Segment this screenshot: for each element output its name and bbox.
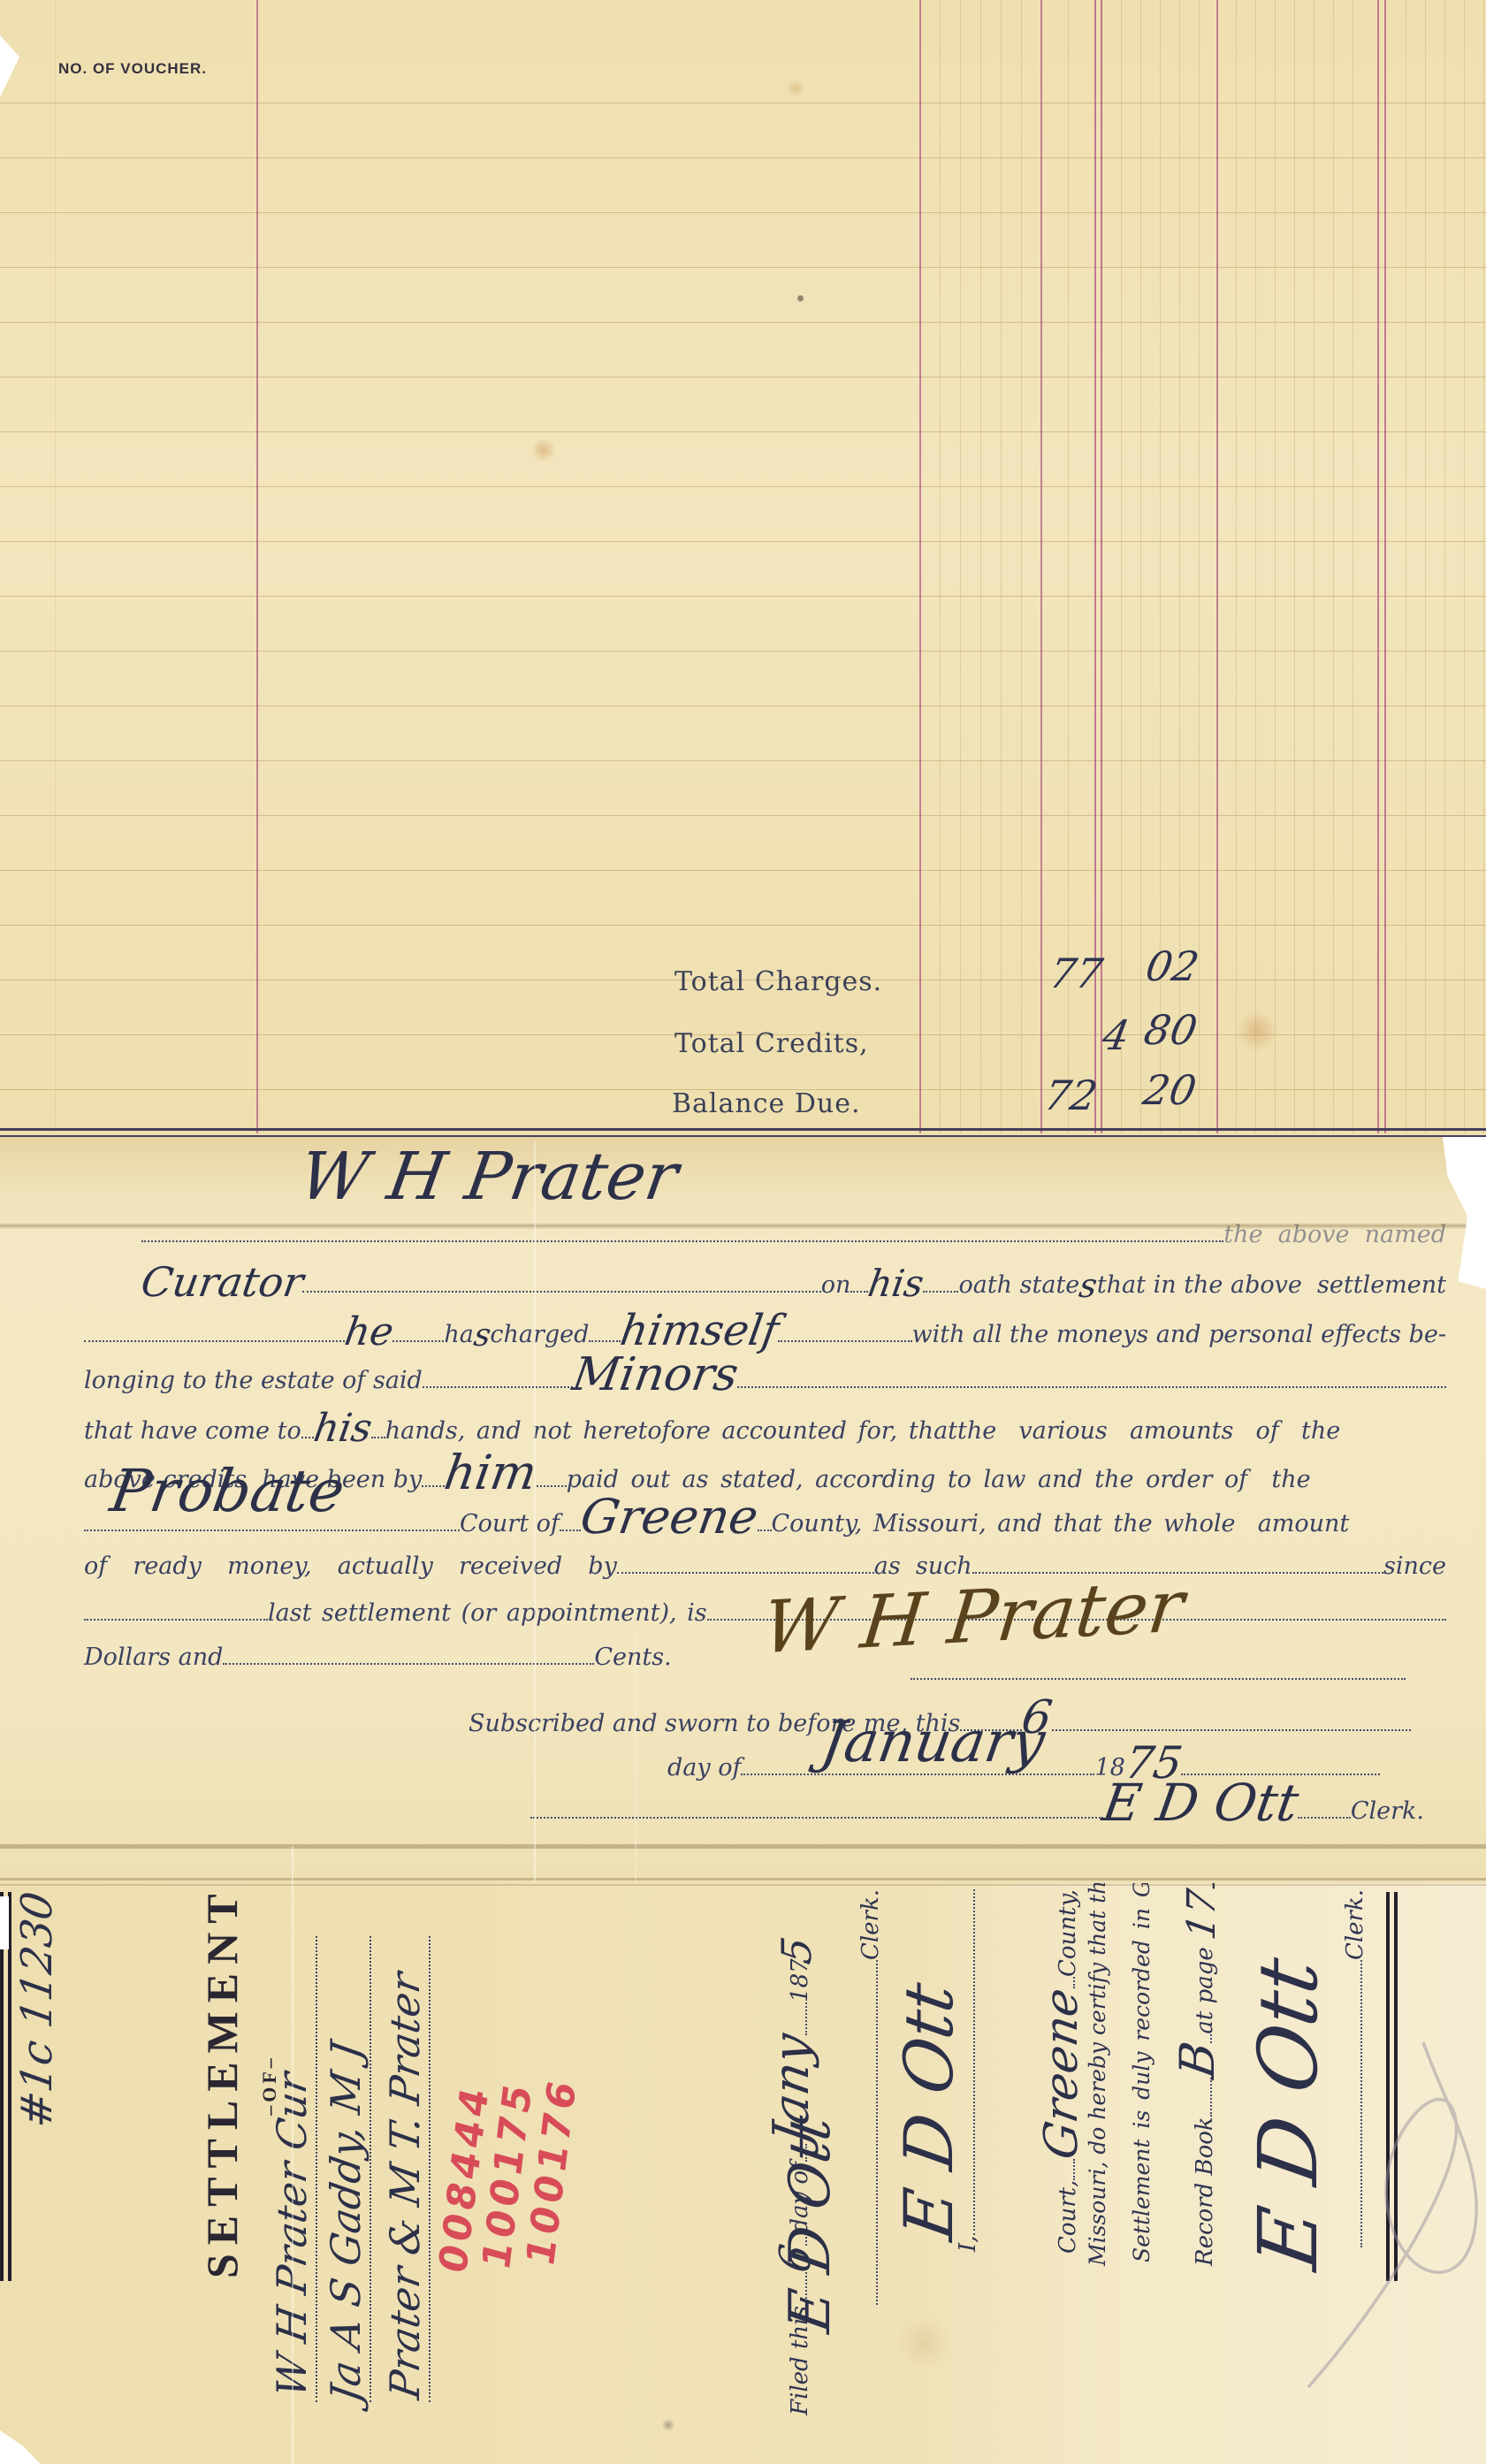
stain — [785, 80, 806, 97]
handwritten-name: Ja A S Gaddy, M J — [325, 2039, 370, 2406]
fold-crease — [0, 1878, 1486, 1880]
ledger-column-line — [960, 0, 961, 1133]
handwritten-year: 5 — [776, 1934, 820, 1967]
total-charges-dollars: 77 — [1046, 950, 1106, 997]
clerk-signature: E D Ott — [1099, 1777, 1302, 1832]
dotted-blank — [617, 1572, 874, 1574]
total-credits-dollars: 4 — [1099, 1011, 1133, 1059]
ledger-row-line — [0, 431, 1486, 432]
docket-double-rule — [0, 1892, 11, 2281]
ledger-column-line — [1353, 0, 1353, 1133]
handwritten-word: his — [310, 1409, 375, 1452]
handwritten-word: he — [341, 1313, 396, 1355]
dotted-blank — [737, 1386, 1446, 1388]
dotted-blank — [84, 1619, 268, 1621]
printed-text: Clerk. — [1351, 1799, 1424, 1832]
ledger-row-line — [0, 706, 1486, 706]
balance-due-dollars: 72 — [1040, 1072, 1101, 1119]
printed-text: since — [1383, 1554, 1446, 1587]
dotted-blank — [530, 1817, 1103, 1819]
stain — [893, 2316, 955, 2369]
stain — [661, 2419, 675, 2431]
ledger-row-line — [0, 925, 1486, 926]
dotted-blank — [1298, 1817, 1351, 1819]
ledger-column-line — [1140, 0, 1141, 1133]
certificate-line: Settlement is duly recorded in General — [1112, 1886, 1162, 2262]
dotted-blank — [537, 1485, 567, 1487]
ledger-column-line — [1216, 0, 1218, 1133]
ledger-row-line — [0, 596, 1486, 597]
ledger-column-line — [980, 0, 981, 1133]
affidavit-line: that have come to his hands, and not her… — [84, 1402, 1446, 1452]
dotted-blank — [805, 2002, 807, 2035]
total-charges-cents: 02 — [1142, 942, 1202, 990]
ledger-column-line — [1255, 0, 1256, 1133]
total-credits-cents: 80 — [1140, 1006, 1200, 1054]
ledger-row-line — [0, 212, 1486, 213]
printed-text: Dollars and — [84, 1645, 223, 1678]
vertical-crease — [534, 1140, 536, 1881]
affidavit-section: the above named W H Prater Curator on hi… — [0, 1137, 1486, 1883]
dotted-blank — [589, 1340, 621, 1342]
handwritten-book: B — [1174, 2039, 1225, 2082]
dotted-blank — [422, 1485, 445, 1487]
handwritten-month: January — [817, 1710, 1049, 1775]
dotted-blank — [223, 1663, 594, 1665]
scanned-settlement-document: NO. OF VOUCHER. Total Charges. 77 02 Tot… — [0, 0, 1486, 2464]
notary-line: E D Ott Clerk. — [530, 1782, 1424, 1832]
torn-edge — [0, 1896, 9, 1949]
ledger-column-line — [55, 0, 56, 1133]
fold-crease — [0, 1844, 1486, 1849]
printed-text: Settlement is duly recorded in General — [1131, 1883, 1162, 2262]
printed-text: ha — [444, 1323, 474, 1355]
printed-text: of ready money, actually received by — [84, 1554, 617, 1587]
ledger-column-line — [1425, 0, 1426, 1133]
ledger-row-line — [0, 103, 1486, 103]
printed-text: Clerk. — [1344, 1889, 1376, 1960]
ledger-row-line — [0, 815, 1486, 816]
certificate-line: Record Book B at page 171 — [1176, 1886, 1225, 2266]
printed-text: that in the above settlement — [1097, 1273, 1446, 1306]
dotted-blank — [423, 1386, 573, 1388]
clerk-signature: E D Ott — [778, 2112, 843, 2337]
printed-text: Record Book — [1193, 2117, 1225, 2266]
printed-text: on — [821, 1273, 851, 1306]
stain — [1234, 1011, 1280, 1050]
printed-text: Cents. — [594, 1645, 671, 1678]
dotted-blank — [392, 1340, 444, 1342]
ledger-column-line — [1294, 0, 1295, 1133]
ledger-section: NO. OF VOUCHER. Total Charges. 77 02 Tot… — [0, 0, 1486, 1142]
ledger-column-line — [1406, 0, 1406, 1133]
printed-text: at page — [1193, 1947, 1225, 2033]
docket-title: SETTLEMENT — [196, 1892, 248, 2278]
dotted-blank — [1210, 2078, 1212, 2117]
ledger-column-line — [919, 0, 921, 1133]
clerk-signature: E D Ott — [889, 1978, 968, 2245]
handwritten-word: him — [441, 1449, 540, 1500]
dotted-blank — [876, 1960, 878, 2305]
ledger-column-line — [1377, 0, 1379, 1133]
ledger-column-line — [1384, 0, 1386, 1133]
docket-name-line: Ja A S Gaddy, M J — [319, 1936, 371, 2402]
ledger-column-line — [1444, 0, 1445, 1133]
printed-text: oath state — [958, 1273, 1079, 1306]
affidavit-line: longing to the estate of said Minors — [84, 1352, 1446, 1401]
dotted-blank — [911, 1678, 1406, 1680]
ledger-column-line — [1021, 0, 1022, 1133]
ledger-column-line — [1121, 0, 1122, 1133]
affidavit-line: he ha s charged himself with all the mon… — [84, 1306, 1446, 1355]
ledger-row-line — [0, 267, 1486, 268]
dotted-blank — [84, 1530, 460, 1531]
ledger-row-line — [0, 322, 1486, 323]
total-credits-label: Total Credits, — [674, 1028, 869, 1059]
voucher-column-header: NO. OF VOUCHER. — [58, 60, 207, 78]
vertical-crease — [292, 1846, 293, 2464]
ledger-row-line — [0, 541, 1486, 542]
dotted-blank — [923, 1291, 958, 1293]
ledger-column-line — [1275, 0, 1276, 1133]
ledger-bottom-rule — [0, 1128, 1486, 1131]
handwritten-page: 171 — [1183, 1883, 1225, 1943]
ledger-column-line — [1001, 0, 1002, 1133]
vertical-crease — [635, 1636, 636, 1883]
handwritten-word: Minors — [568, 1352, 741, 1401]
fold-crease — [0, 1223, 1486, 1230]
ledger-column-line — [1199, 0, 1200, 1133]
handwritten-name: W H Prater — [294, 1139, 682, 1215]
ledger-row-line — [0, 760, 1486, 761]
printed-text: with all the moneys and personal effects… — [912, 1323, 1446, 1355]
printed-text: longing to the estate of said — [84, 1369, 423, 1401]
fold-crease — [0, 1884, 1486, 1886]
handwritten-word: Curator — [138, 1262, 306, 1306]
file-number: #1c 11230 — [12, 1888, 62, 2131]
ledger-column-line — [1314, 0, 1315, 1133]
handwritten-word: his — [865, 1265, 926, 1306]
dotted-blank — [778, 1340, 911, 1342]
ledger-row-line — [0, 651, 1486, 652]
docket-panel: #1c 11230 SETTLEMENT –OF– W H Prater Cur… — [0, 1883, 1486, 2464]
affidavit-line: Curator on his oath state s that in the … — [141, 1256, 1446, 1306]
filed-clerk-line: Clerk. — [842, 1889, 891, 2305]
dotted-blank — [973, 1889, 975, 2235]
ledger-column-line — [1464, 0, 1465, 1133]
certificate-line: Missouri, do hereby certify that the wit… — [1068, 1886, 1117, 2266]
printed-text: charged — [490, 1323, 589, 1355]
ink-dot — [797, 295, 804, 301]
ledger-row-line — [0, 157, 1486, 158]
affidavit-line: of ready money, actually received by as … — [84, 1537, 1446, 1587]
ledger-column-line — [1333, 0, 1334, 1133]
dotted-blank — [141, 1240, 1223, 1242]
dotted-blank — [850, 1291, 868, 1293]
balance-due-cents: 20 — [1139, 1066, 1200, 1114]
dotted-blank — [1052, 1729, 1411, 1731]
ledger-column-line — [1483, 0, 1484, 1133]
dotted-blank — [371, 1437, 385, 1438]
total-charges-label: Total Charges. — [674, 966, 882, 997]
docket-rotated-content: #1c 11230 SETTLEMENT –OF– W H Prater Cur… — [0, 1883, 1486, 2464]
dotted-blank — [302, 1291, 820, 1293]
dotted-blank — [560, 1530, 581, 1531]
dotted-blank — [758, 1530, 772, 1531]
handwritten-word: Probate — [106, 1457, 349, 1525]
dotted-blank — [84, 1340, 345, 1342]
ledger-row-line — [0, 377, 1486, 378]
ledger-column-line — [1236, 0, 1237, 1133]
ledger-row-line — [0, 870, 1486, 871]
stain — [530, 439, 557, 462]
printed-text: that have come to — [84, 1419, 301, 1452]
ledger-column-line — [256, 0, 258, 1133]
balance-due-label: Balance Due. — [672, 1088, 861, 1119]
docket-name-line: Prater & M T. Prater — [378, 1936, 431, 2402]
ledger-column-line — [940, 0, 941, 1133]
handwritten-name: Prater & M T. Prater — [385, 1970, 429, 2402]
dotted-blank — [1210, 2034, 1212, 2043]
printed-text: Clerk. — [859, 1889, 891, 1960]
ledger-column-line — [1040, 0, 1042, 1133]
handwritten-name: W H Prater Cur — [271, 2070, 316, 2400]
ledger-row-line — [0, 486, 1486, 487]
pencil-flourish — [1273, 1972, 1486, 2414]
